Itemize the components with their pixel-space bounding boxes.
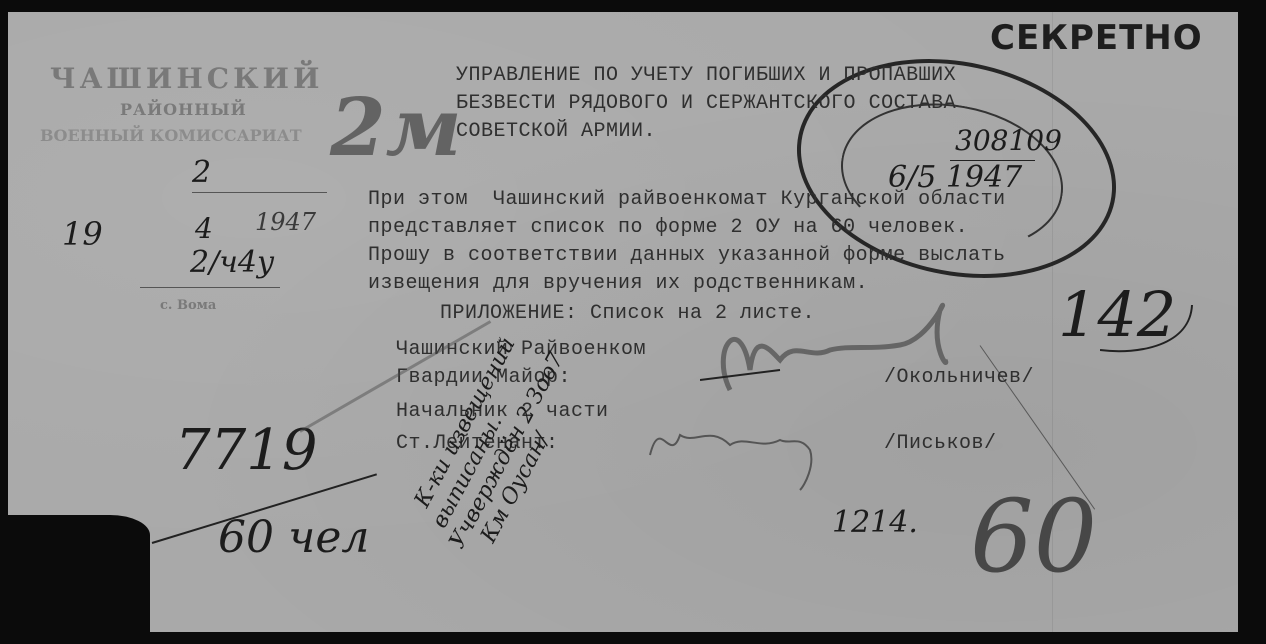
file-number: 7719 (175, 418, 318, 483)
left-stamp-line2: РАЙОННЫЙ (120, 100, 247, 119)
left-stamp-outgoing-number: 2/ч4у (190, 245, 274, 280)
handwritten-1214: 1214. (832, 505, 918, 540)
left-stamp-place: с. Вома (160, 298, 216, 313)
left-stamp-year: 1947 (255, 208, 316, 236)
stamp-rule (192, 192, 327, 193)
signature-piskov (640, 405, 840, 495)
flourish-142 (1100, 300, 1200, 360)
torn-corner (0, 515, 150, 644)
left-stamp-month: 4 (195, 212, 213, 245)
handwritten-big-60: 60 (970, 478, 1097, 595)
addressee-line-1: УПРАВЛЕНИЕ ПО УЧЕТУ ПОГИБШИХ И ПРОПАВШИХ (456, 64, 956, 87)
addressee-line-3: СОВЕТСКОЙ АРМИИ. (456, 120, 656, 143)
stamp-rule (140, 287, 280, 288)
left-stamp-number: 2 (192, 155, 211, 190)
signature-okolnichev (700, 290, 970, 410)
people-count: 60 чел (218, 512, 369, 563)
left-stamp-day: 19 (62, 215, 103, 253)
secret-stamp: СЕКРЕТНО (990, 18, 1203, 58)
body-line-3: Прошу в соответствии данных указанной фо… (368, 244, 1006, 267)
addressee-line-2: БЕЗВЕСТИ РЯДОВОГО И СЕРЖАНТСКОГО СОСТАВА (456, 92, 956, 115)
left-stamp-line1: ЧАШИНСКИЙ (50, 62, 323, 95)
left-stamp-line3: ВОЕННЫЙ КОМИССАРИАТ (40, 126, 302, 145)
registration-number: 308109 (955, 124, 1062, 157)
resolution-note: 2м (330, 80, 462, 174)
signatory-name-2: /Письков/ (884, 432, 997, 455)
body-line-2: представляет список по форме 2 ОУ на 60 … (368, 216, 968, 239)
body-line-1: При этом Чашинский райвоенкомат Курганск… (368, 188, 1006, 211)
